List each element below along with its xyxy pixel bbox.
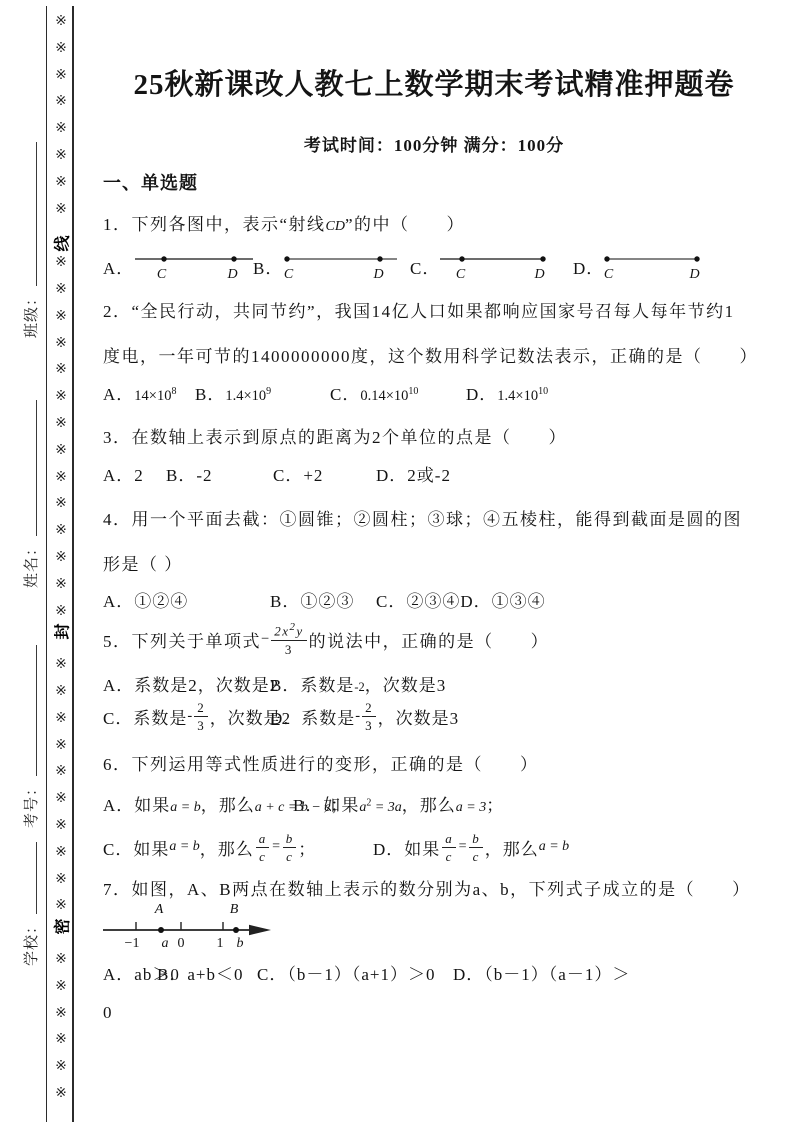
seal-marker: ※ <box>50 897 72 915</box>
q4-option-c: C．②③④D．①③④ <box>376 587 546 612</box>
seal-marker: ※ <box>50 576 72 594</box>
seal-marker: ※ <box>50 817 72 835</box>
q5-option-b: B．系数是-2，次数是3 <box>270 671 446 696</box>
seal-field-examno: 考号： <box>19 645 42 828</box>
q4-option-a: A．①②④ <box>103 587 188 612</box>
seal-field-name-blank <box>24 400 37 536</box>
seal-marker: ※ <box>50 120 72 138</box>
q7-numberline: A B −1 a 0 1 b <box>103 898 288 957</box>
seal-marker: ※ <box>50 844 72 862</box>
seal-marker: ※ <box>50 871 72 889</box>
q6-options-ab: A．如果a = b，那么a + c = b − c； B．如果a2 = 3a，那… <box>103 791 777 819</box>
seal-field-name: 姓名： <box>19 400 42 588</box>
seal-marker: ※ <box>50 656 72 674</box>
q6-options-cd: C．如果a = b，那么ac=bc； D．如果ac=bc，那么a = b <box>103 828 777 866</box>
q7-text: 7．如图，A、B两点在数轴上表示的数分别为a、b，下列式子成立的是（ ） <box>103 875 751 900</box>
seal-marker: ※ <box>50 254 72 272</box>
q1-text: 1．下列各图中，表示“射线CD”的中（ ） <box>103 210 465 235</box>
seal-marker: ※ <box>50 1031 72 1049</box>
seal-marker: ※ <box>50 201 72 219</box>
q4-options: A．①②④ B．①②③ C．②③④D．①③④ <box>103 587 777 615</box>
q5-minus-sign: − <box>261 631 269 648</box>
q3-option-b: B．-2 <box>166 461 213 486</box>
seal-marker: ※ <box>50 1058 72 1076</box>
q5-options-cd: C．系数是-23，次数是2 D．系数是-23，次数是3 <box>103 697 777 735</box>
seal-field-name-label: 姓名： <box>20 540 41 588</box>
title-main: 人教七上数学期末考试精准押题卷 <box>285 69 735 101</box>
seal-marker: ※ <box>50 361 72 379</box>
q5-option-a: A．系数是2，次数是2 <box>103 671 279 696</box>
svg-text:a: a <box>162 936 169 951</box>
q5-options-ab: A．系数是2，次数是2 B．系数是-2，次数是3 <box>103 671 777 699</box>
seal-marker: ※ <box>50 1085 72 1103</box>
seal-char-xian: 线 <box>50 232 73 256</box>
q7-option-d-continuation: 0 <box>103 1003 113 1023</box>
seal-marker: ※ <box>50 40 72 58</box>
seal-marker: ※ <box>50 978 72 996</box>
q3-options: A．2 B．-2 C．+2 D．2或-2 <box>103 461 777 489</box>
q4-text-line1: 4．用一个平面去截：①圆锥；②圆柱；③球；④五棱柱，能得到截面是圆的图 <box>103 505 742 530</box>
q3-option-c: C．+2 <box>273 461 323 486</box>
seal-field-class: 班级： <box>19 142 42 338</box>
q1-option-b: B． C D <box>253 248 399 284</box>
q6-text: 6．下列运用等式性质进行的变形，正确的是（ ） <box>103 750 539 775</box>
q7-numberline-diagram: A B −1 a 0 1 b <box>103 898 288 952</box>
q5-text: 5．下列关于单项式 − 2x2y 3 的说法中，正确的是（ ） <box>103 618 549 660</box>
q2-options: A．14×108 B．1.4×109 C．0.14×1010 D．1.4×101… <box>103 380 777 408</box>
seal-marker: ※ <box>50 415 72 433</box>
seal-marker: ※ <box>50 1005 72 1023</box>
svg-text:C: C <box>157 267 167 282</box>
seal-marker: ※ <box>50 147 72 165</box>
seal-marker: ※ <box>50 388 72 406</box>
seal-marker: ※ <box>50 495 72 513</box>
seal-marker: ※ <box>50 13 72 31</box>
q2-option-a: A．14×108 <box>103 380 176 405</box>
seal-field-school: 学校： <box>19 842 42 966</box>
exam-info: 考试时间：100分钟 满分：100分 <box>96 131 772 156</box>
q5-fraction: 2x2y 3 <box>271 622 306 655</box>
seal-marker: ※ <box>50 67 72 85</box>
q5-option-d: D．系数是-23，次数是3 <box>270 697 459 735</box>
q1-math-cd: CD <box>326 219 345 234</box>
q4-text-line2: 形是（ ） <box>103 550 183 575</box>
q4-option-b: B．①②③ <box>270 587 354 612</box>
seal-marker: ※ <box>50 93 72 111</box>
q1-diagram-b-ray-cd: C D <box>283 250 399 282</box>
svg-text:C: C <box>456 267 466 282</box>
svg-text:D: D <box>534 267 546 282</box>
q1-diagram-c-ray-dc: C D <box>440 250 548 282</box>
q7-option-d: D．（b－1）（a－1）＞ <box>453 960 630 985</box>
q1-option-c: C． C D <box>410 248 548 284</box>
q1-option-a: A． C D <box>103 248 256 284</box>
seal-field-class-label: 班级： <box>20 290 41 338</box>
q7-option-c: C．（b－1）（a+1）＞0 <box>257 960 435 985</box>
seal-marker: ※ <box>50 603 72 621</box>
seal-marker: ※ <box>50 174 72 192</box>
seal-marker: ※ <box>50 549 72 567</box>
svg-text:1: 1 <box>217 936 224 951</box>
q1-options: A． C D B． C D C． C D <box>103 248 777 284</box>
q2-text-line1: 2．“全民行动，共同节约”，我国14亿人口如果都响应国家号召每人每年节约1 <box>103 297 735 322</box>
title-prefix: 25秋新课改 <box>133 69 284 101</box>
seal-char-feng: 封 <box>50 620 73 644</box>
svg-text:D: D <box>227 267 239 282</box>
seal-marker: ※ <box>50 790 72 808</box>
svg-text:b: b <box>237 936 244 951</box>
seal-field-class-blank <box>24 142 37 286</box>
svg-text:0: 0 <box>178 936 185 951</box>
page-title: 25秋新课改人教七上数学期末考试精准押题卷 <box>96 62 772 103</box>
seal-field-examno-label: 考号： <box>20 780 41 828</box>
seal-marker: ※ <box>50 737 72 755</box>
seal-marker: ※ <box>50 308 72 326</box>
q2-option-c: C．0.14×1010 <box>330 380 418 405</box>
seal-marker: ※ <box>50 763 72 781</box>
svg-text:C: C <box>604 267 614 282</box>
svg-text:D: D <box>689 267 701 282</box>
svg-text:−1: −1 <box>125 936 140 951</box>
q6-option-b: B．如果a2 = 3a，那么a = 3； <box>293 791 504 816</box>
seal-marker: ※ <box>50 335 72 353</box>
q2-text-line2: 度电，一年可节的1400000000度，这个数用科学记数法表示，正确的是（ ） <box>103 342 758 367</box>
q2-option-d: D．1.4×1010 <box>466 380 548 405</box>
seal-marker: ※ <box>50 951 72 969</box>
q7-options: A．ab＞0 B．a+b＜0 C．（b－1）（a+1）＞0 D．（b－1）（a－… <box>103 960 777 988</box>
q3-option-a: A．2 <box>103 461 144 486</box>
seal-char-mi: 密 <box>50 915 73 939</box>
svg-text:D: D <box>373 267 385 282</box>
seal-marker: ※ <box>50 683 72 701</box>
seal-marker: ※ <box>50 469 72 487</box>
seal-marker: ※ <box>50 442 72 460</box>
seal-field-school-blank <box>24 842 37 914</box>
q6-option-d: D．如果ac=bc，那么a = b <box>373 828 569 866</box>
svg-text:C: C <box>284 267 294 282</box>
svg-text:B: B <box>230 902 239 917</box>
seal-line-inner <box>46 6 47 1122</box>
q3-option-d: D．2或-2 <box>376 461 451 486</box>
q5-option-c: C．系数是-23，次数是2 <box>103 697 291 735</box>
q1-diagram-d-segment-cd: C D <box>604 250 700 282</box>
seal-field-school-label: 学校： <box>20 918 41 966</box>
q1-option-d: D． C D <box>573 248 700 284</box>
q7-option-b: B．a+b＜0 <box>157 960 243 985</box>
seal-line-outer <box>72 6 74 1122</box>
q6-option-c: C．如果a = b，那么ac=bc； <box>103 828 316 866</box>
seal-marker: ※ <box>50 710 72 728</box>
q3-text: 3．在数轴上表示到原点的距离为2个单位的点是（ ） <box>103 423 567 448</box>
q1-diagram-a-line-through-cd: C D <box>134 250 256 282</box>
seal-marker: ※ <box>50 522 72 540</box>
q4-option-d: D． <box>460 592 491 611</box>
exam-page: ※※※※※※※※※※※※※※※※※※※※※※※※※※※※※※※※※※※※※※ 线… <box>0 0 793 1122</box>
q2-option-b: B．1.4×109 <box>195 380 271 405</box>
seal-field-examno-blank <box>24 645 37 776</box>
seal-marker: ※ <box>50 281 72 299</box>
section-heading: 一、单选题 <box>103 169 198 195</box>
svg-text:A: A <box>154 902 164 917</box>
